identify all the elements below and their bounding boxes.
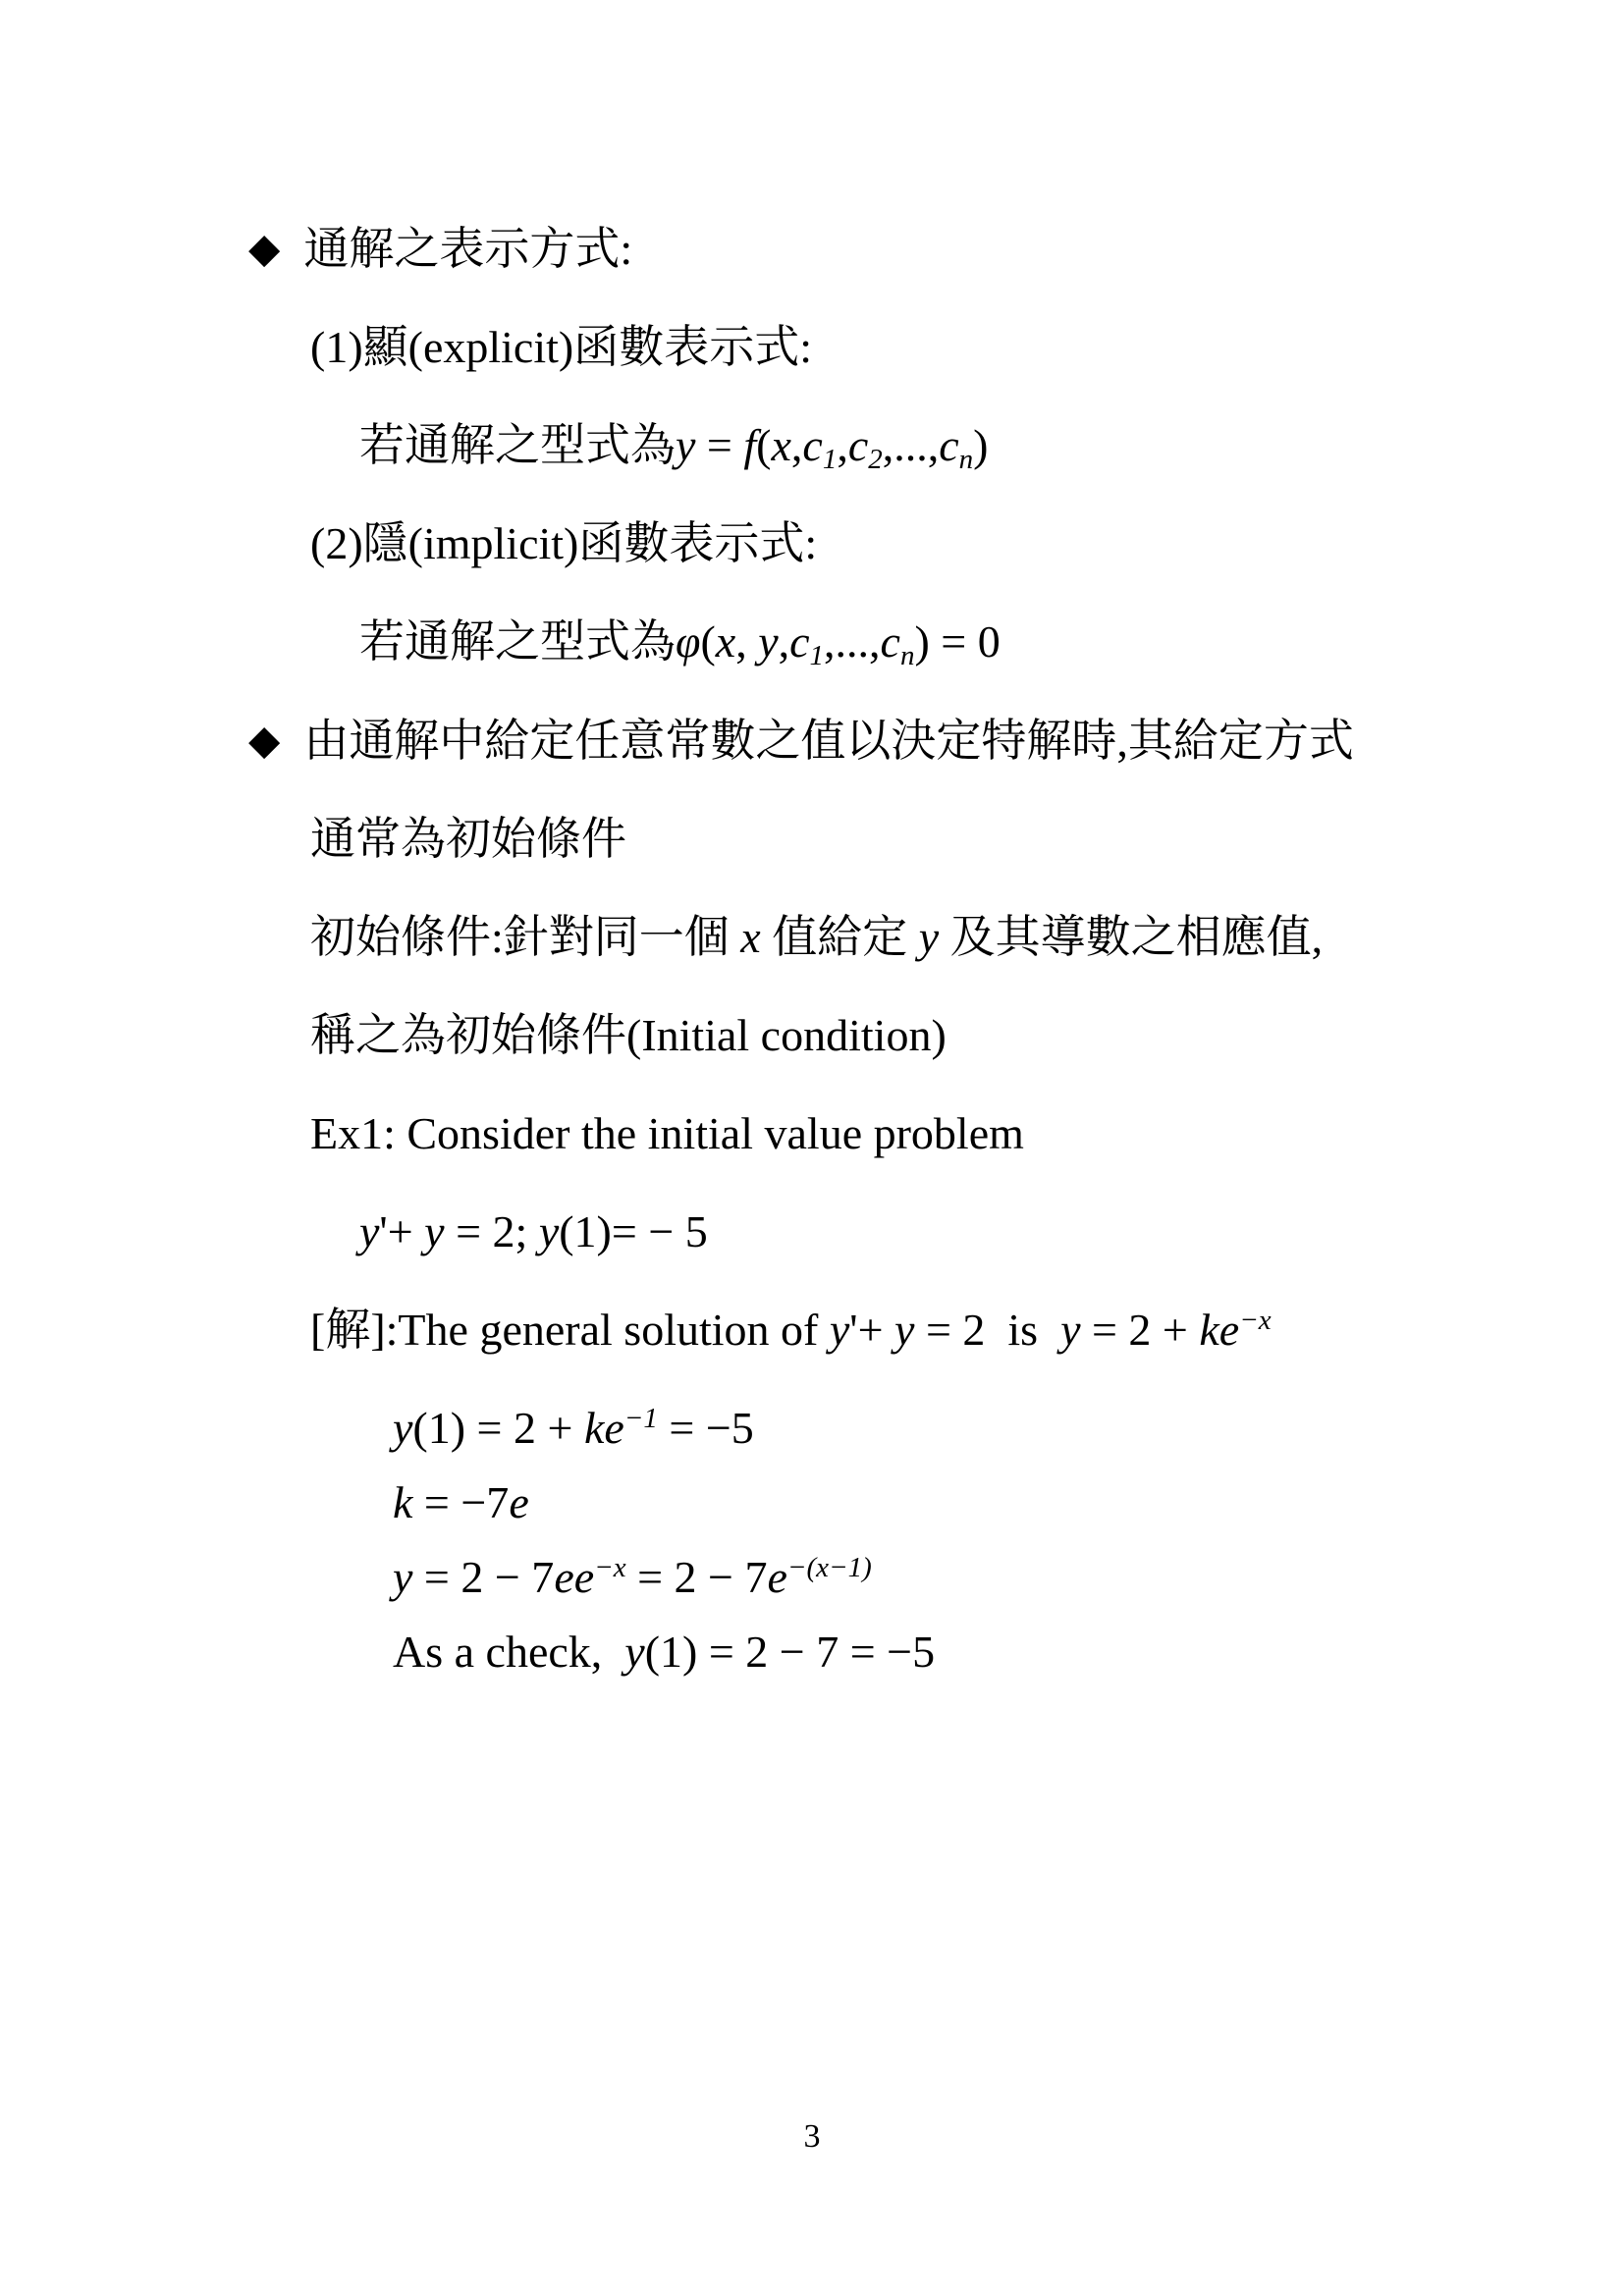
line-initial-condition-definition: 初始條件:針對同一個 x 值給定 y 及其導數之相應值, <box>0 907 1624 968</box>
formula-particular-solution: y = 2 − 7ee−x = 2 − 7e−(x−1) <box>0 1547 1624 1608</box>
text-segment: c <box>939 420 958 470</box>
text-segment: φ <box>676 616 700 667</box>
item-implicit-form: (2)隱(implicit)函數表示式: <box>0 513 1624 574</box>
text-segment: ke <box>1199 1305 1239 1355</box>
text-segment: −x <box>1239 1305 1271 1336</box>
text-segment: y <box>393 1403 412 1453</box>
text-segment: , <box>779 616 790 667</box>
text-segment: x <box>771 420 790 470</box>
text-segment: The general solution of <box>398 1305 829 1355</box>
document-page: ◆通解之表示方式:(1)顯(explicit)函數表示式:若通解之型式為y = … <box>0 0 1624 2296</box>
text-segment: ,..., <box>883 420 940 470</box>
text-segment: (1) = 2 − 7 = −5 <box>645 1627 935 1677</box>
text-segment: ( <box>700 616 715 667</box>
text-segment: y <box>758 616 778 667</box>
page-number: 3 <box>0 2118 1624 2156</box>
text-segment: [解]: <box>310 1305 398 1355</box>
text-segment: , <box>735 616 758 667</box>
text-segment: 稱之為初始條件( <box>310 1010 641 1060</box>
text-segment: (1) = 2 + <box>412 1403 584 1453</box>
text-segment: 由通解中給定任意常數之值以決定特解時,其給定方式 <box>303 716 1354 766</box>
text-segment: y <box>393 1552 412 1602</box>
text-segment: 若通解之型式為 <box>359 616 676 667</box>
text-segment: , <box>837 420 848 470</box>
text-segment: y <box>624 1627 644 1677</box>
text-segment: ( <box>756 420 771 470</box>
text-segment: ) <box>931 1010 946 1060</box>
text-segment: = 2 + <box>1080 1305 1199 1355</box>
text-segment: c <box>802 420 822 470</box>
text-segment: ,..., <box>824 616 881 667</box>
text-segment: = 2 is <box>914 1305 1060 1355</box>
text-segment: c <box>789 616 809 667</box>
text-segment: = 2 − 7 <box>626 1552 768 1602</box>
line-called-initial-condition: 稱之為初始條件(Initial condition) <box>0 1005 1624 1066</box>
formula-implicit-general-solution: 若通解之型式為φ(x, y,c1,...,cn) = 0 <box>0 612 1624 672</box>
text-segment: 1 <box>823 444 838 475</box>
text-segment: '+ <box>849 1305 894 1355</box>
text-segment: (1)= − 5 <box>559 1206 708 1256</box>
text-segment: 2 <box>868 444 883 475</box>
formula-initial-value-problem: y'+ y = 2; y(1)= − 5 <box>0 1201 1624 1262</box>
text-segment: 初始條件:針對同一個 <box>310 912 740 962</box>
line-check: As a check, y(1) = 2 − 7 = −5 <box>0 1622 1624 1682</box>
text-segment: y <box>894 1305 914 1355</box>
text-segment: ) <box>973 420 988 470</box>
text-segment: y <box>676 420 695 470</box>
text-segment: 若通解之型式為 <box>359 420 676 470</box>
line-solution-general: [解]:The general solution of y'+ y = 2 is… <box>0 1300 1624 1361</box>
bullet-initial-condition-intro: ◆由通解中給定任意常數之值以決定特解時,其給定方式 <box>0 710 1624 772</box>
text-segment: c <box>848 420 868 470</box>
text-segment: '+ <box>379 1206 424 1256</box>
text-segment: = <box>695 420 743 470</box>
text-segment: y <box>919 912 939 962</box>
text-segment: (1)顯 <box>310 322 408 372</box>
text-segment: x <box>740 912 760 962</box>
text-segment: 通解之表示方式: <box>303 224 632 274</box>
formula-y1-substitution: y(1) = 2 + ke−1 = −5 <box>0 1398 1624 1459</box>
text-segment: y <box>539 1206 559 1256</box>
formula-k-value: k = −7e <box>0 1472 1624 1533</box>
text-segment: 1 <box>810 640 825 671</box>
text-segment: 函數表示式: <box>573 322 812 372</box>
text-segment: 通常為初始條件 <box>310 814 626 864</box>
text-segment: n <box>900 640 915 671</box>
text-segment: 函數表示式: <box>578 518 817 568</box>
text-segment: , <box>791 420 803 470</box>
text-segment: 及其導數之相應值, <box>939 912 1323 962</box>
bullet-solution-representation: ◆通解之表示方式: <box>0 218 1624 280</box>
text-segment: (implicit) <box>408 518 579 568</box>
text-segment: (explicit) <box>408 322 574 372</box>
text-segment: ke <box>584 1403 624 1453</box>
text-segment: Ex1: Consider the initial value problem <box>310 1108 1024 1158</box>
text-segment: x <box>716 616 735 667</box>
text-segment: c <box>881 616 900 667</box>
text-segment: Initial condition <box>641 1010 931 1060</box>
text-segment: y <box>424 1206 444 1256</box>
text-segment: e <box>768 1552 787 1602</box>
item-explicit-form: (1)顯(explicit)函數表示式: <box>0 317 1624 378</box>
diamond-bullet-icon: ◆ <box>248 716 280 764</box>
text-segment: = 2; <box>445 1206 539 1256</box>
text-segment: As a check, <box>393 1627 624 1677</box>
text-segment: (2)隱 <box>310 518 408 568</box>
text-segment: −x <box>594 1552 625 1583</box>
text-segment: y <box>830 1305 849 1355</box>
text-segment: e <box>509 1477 528 1527</box>
text-segment: n <box>959 444 974 475</box>
formula-explicit-general-solution: 若通解之型式為y = f(x,c1,c2,...,cn) <box>0 415 1624 476</box>
text-segment: = −5 <box>658 1403 754 1453</box>
text-segment: ee <box>554 1552 594 1602</box>
document-content: ◆通解之表示方式:(1)顯(explicit)函數表示式:若通解之型式為y = … <box>0 218 1624 1696</box>
text-segment: = 2 − 7 <box>412 1552 554 1602</box>
text-segment: = −7 <box>412 1477 509 1527</box>
text-segment: ) = 0 <box>914 616 1000 667</box>
line-ex1-heading: Ex1: Consider the initial value problem <box>0 1103 1624 1164</box>
diamond-bullet-icon: ◆ <box>248 224 280 272</box>
text-segment: 值給定 <box>761 912 919 962</box>
text-segment: −(x−1) <box>787 1552 872 1583</box>
line-usually-initial-condition: 通常為初始條件 <box>0 809 1624 870</box>
text-segment: y <box>359 1206 379 1256</box>
text-segment: k <box>393 1477 412 1527</box>
text-segment: −1 <box>624 1403 658 1434</box>
text-segment: f <box>743 420 756 470</box>
text-segment: y <box>1060 1305 1080 1355</box>
